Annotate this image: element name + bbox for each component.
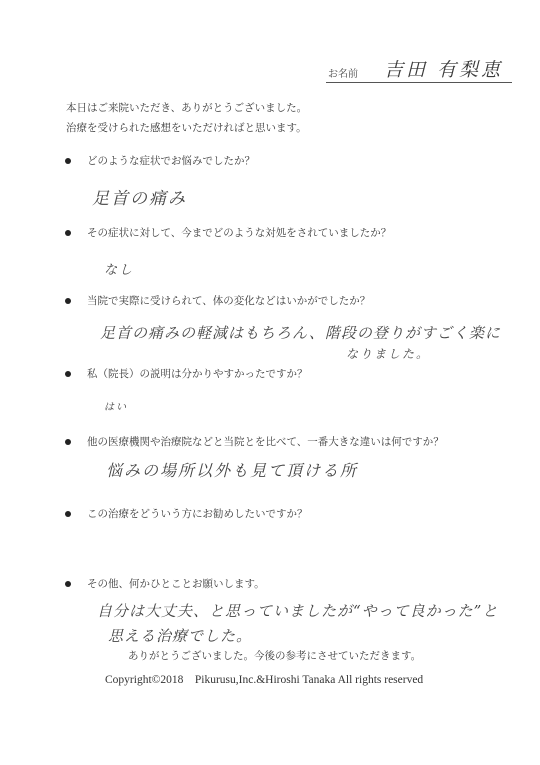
intro-line-2: 治療を受けられた感想をいただければと思います。 — [66, 120, 307, 135]
bullet-icon — [65, 230, 71, 236]
bullet-icon — [65, 581, 71, 587]
bullet-icon — [65, 439, 71, 445]
bullet-icon — [65, 511, 71, 517]
question-3: 当院で実際に受けられて、体の変化などはいかがでしたか？ — [87, 293, 370, 308]
question-2: その症状に対して、今までどのような対処をされていましたか？ — [87, 225, 391, 240]
question-5: 他の医療機関や治療院などと当院とを比べて、一番大きな違いは何ですか？ — [87, 434, 444, 449]
intro-line-1: 本日はご来院いただき、ありがとうございました。 — [66, 100, 307, 115]
question-4: 私（院長）の説明は分かりやすかったですか？ — [87, 366, 308, 381]
answer-4-line-1: はい — [104, 398, 128, 413]
answer-5-line-1: 悩みの場所以外も見て頂ける所 — [106, 458, 358, 481]
answer-7-line-2: 思える治療でした。 — [108, 625, 252, 646]
thanks-message: ありがとうございました。今後の参考にさせていただきます。 — [128, 648, 421, 663]
answer-3-line-1: 足首の痛みの軽減はもちろん、階段の登りがすごく楽に — [100, 322, 501, 343]
question-7: その他、何かひとことお願いします。 — [87, 576, 265, 591]
bullet-icon — [65, 371, 71, 377]
name-field: お名前 吉田 有梨恵 — [326, 58, 512, 83]
bullet-icon — [65, 298, 71, 304]
answer-1-line-1: 足首の痛み — [92, 184, 187, 209]
question-1: どのような症状でお悩みでしたか？ — [87, 153, 255, 168]
question-6: この治療をどういう方にお勧めしたいですか？ — [87, 506, 308, 521]
answer-2-line-1: なし — [104, 259, 134, 278]
name-label: お名前 — [328, 65, 358, 80]
bullet-icon — [65, 158, 71, 164]
name-value-handwritten: 吉田 有梨恵 — [384, 55, 503, 82]
copyright-notice: Copyright©2018 Pikurusu,Inc.&Hiroshi Tan… — [105, 671, 423, 687]
answer-7-line-1: 自分は大丈夫、と思っていましたが“やって良かった”と — [97, 600, 498, 621]
answer-3-line-2: なりました。 — [346, 345, 430, 362]
